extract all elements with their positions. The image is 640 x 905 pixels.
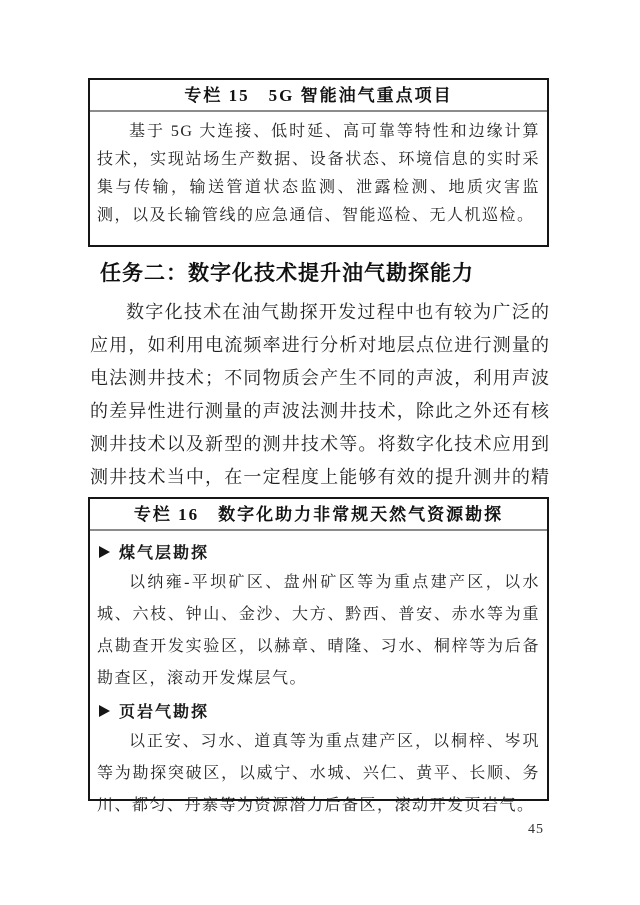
- task-2-paragraph: 数字化技术在油气勘探开发过程中也有较为广泛的应用，如利用电流频率进行分析对地层点…: [90, 296, 550, 527]
- bullet-item-shale-gas: 页岩气勘探: [97, 695, 540, 726]
- panel-column-16-body: 煤气层勘探 以纳雍-平坝矿区、盘州矿区等为重点建产区，以水城、六枝、钟山、金沙、…: [90, 531, 547, 830]
- panel-column-15-body: 基于 5G 大连接、低时延、高可靠等特性和边缘计算技术，实现站场生产数据、设备状…: [90, 112, 547, 242]
- panel-column-16: 专栏 16 数字化助力非常规天然气资源勘探 煤气层勘探 以纳雍-平坝矿区、盘州矿…: [88, 497, 549, 801]
- panel-column-15: 专栏 15 5G 智能油气重点项目 基于 5G 大连接、低时延、高可靠等特性和边…: [88, 78, 549, 247]
- bullet-item-paragraph: 以正安、习水、道真等为重点建产区，以桐梓、岑巩等为勘探突破区，以威宁、水城、兴仁…: [97, 726, 540, 822]
- document-page: 专栏 15 5G 智能油气重点项目 基于 5G 大连接、低时延、高可靠等特性和边…: [0, 0, 640, 905]
- panel-column-15-title: 专栏 15 5G 智能油气重点项目: [90, 80, 547, 112]
- bullet-item-paragraph: 以纳雍-平坝矿区、盘州矿区等为重点建产区，以水城、六枝、钟山、金沙、大方、黔西、…: [97, 567, 540, 695]
- page-number: 45: [528, 822, 544, 838]
- panel-column-16-title: 专栏 16 数字化助力非常规天然气资源勘探: [90, 499, 547, 531]
- bullet-item-coal-gas: 煤气层勘探: [97, 536, 540, 567]
- bullet-item-label: 煤气层勘探: [119, 540, 209, 563]
- arrow-right-bullet-icon: [99, 705, 110, 717]
- bullet-item-label: 页岩气勘探: [119, 699, 209, 722]
- task-2-heading: 任务二：数字化技术提升油气勘探能力: [100, 257, 560, 287]
- arrow-right-bullet-icon: [99, 546, 110, 558]
